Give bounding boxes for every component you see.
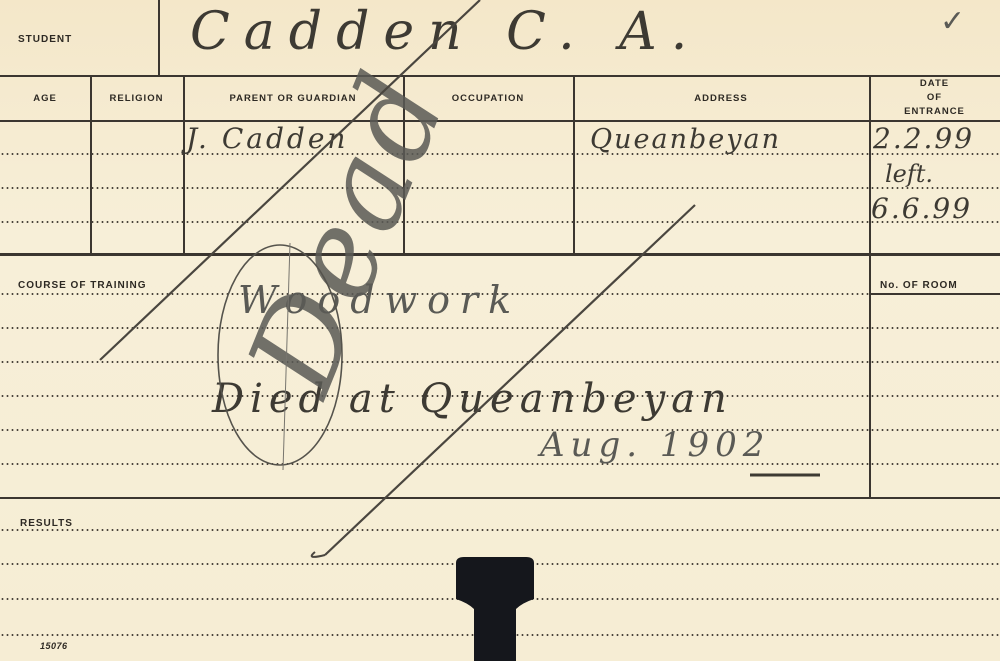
dotted-rule	[0, 327, 1000, 329]
rule-student-bottom	[0, 75, 1000, 77]
index-tab-cutout	[452, 557, 538, 661]
col-divider-5	[869, 76, 871, 254]
col-header-religion: RELIGION	[90, 90, 183, 107]
student-record-card: STUDENT Cadden C. A. ✓ AGE RELIGION PARE…	[0, 0, 1000, 661]
col-divider-1	[90, 76, 92, 254]
dotted-rule	[0, 221, 1000, 223]
col-divider-2	[183, 76, 185, 254]
room-divider	[869, 255, 871, 498]
check-icon: ✓	[940, 4, 965, 39]
course-label: COURSE OF TRAINING	[18, 280, 147, 291]
note-date: Aug. 1902	[540, 425, 770, 465]
room-label: No. OF ROOM	[880, 280, 958, 291]
student-name: Cadden C. A.	[190, 2, 701, 62]
form-number: 15076	[40, 641, 68, 651]
student-label: STUDENT	[18, 34, 72, 45]
col-header-age: AGE	[0, 90, 90, 107]
dotted-rule	[0, 429, 1000, 431]
results-label: RESULTS	[20, 518, 73, 529]
date-entrance-value: 2.2.99	[873, 122, 974, 155]
dotted-rule	[0, 529, 1000, 531]
col-header-date-line1: DATE	[869, 77, 1000, 91]
col-divider-4	[573, 76, 575, 254]
col-header-date: DATE OF ENTRANCE	[869, 77, 1000, 119]
col-header-address: ADDRESS	[573, 90, 869, 107]
date-left-value: 6.6.99	[871, 192, 972, 225]
col-header-date-line3: ENTRANCE	[869, 105, 1000, 119]
dotted-rule	[0, 463, 1000, 465]
rule-header-bottom	[0, 120, 1000, 122]
dotted-rule	[0, 187, 1000, 189]
col-header-date-line2: OF	[869, 91, 1000, 105]
address-value: Queanbeyan	[590, 124, 781, 155]
rule-detail-bottom	[0, 253, 1000, 256]
date-left-label: left.	[885, 160, 933, 188]
dotted-rule	[0, 153, 1000, 155]
rule-course-bottom	[0, 497, 1000, 499]
dotted-rule	[0, 361, 1000, 363]
student-divider	[158, 0, 160, 76]
room-label-underline	[869, 293, 1000, 295]
